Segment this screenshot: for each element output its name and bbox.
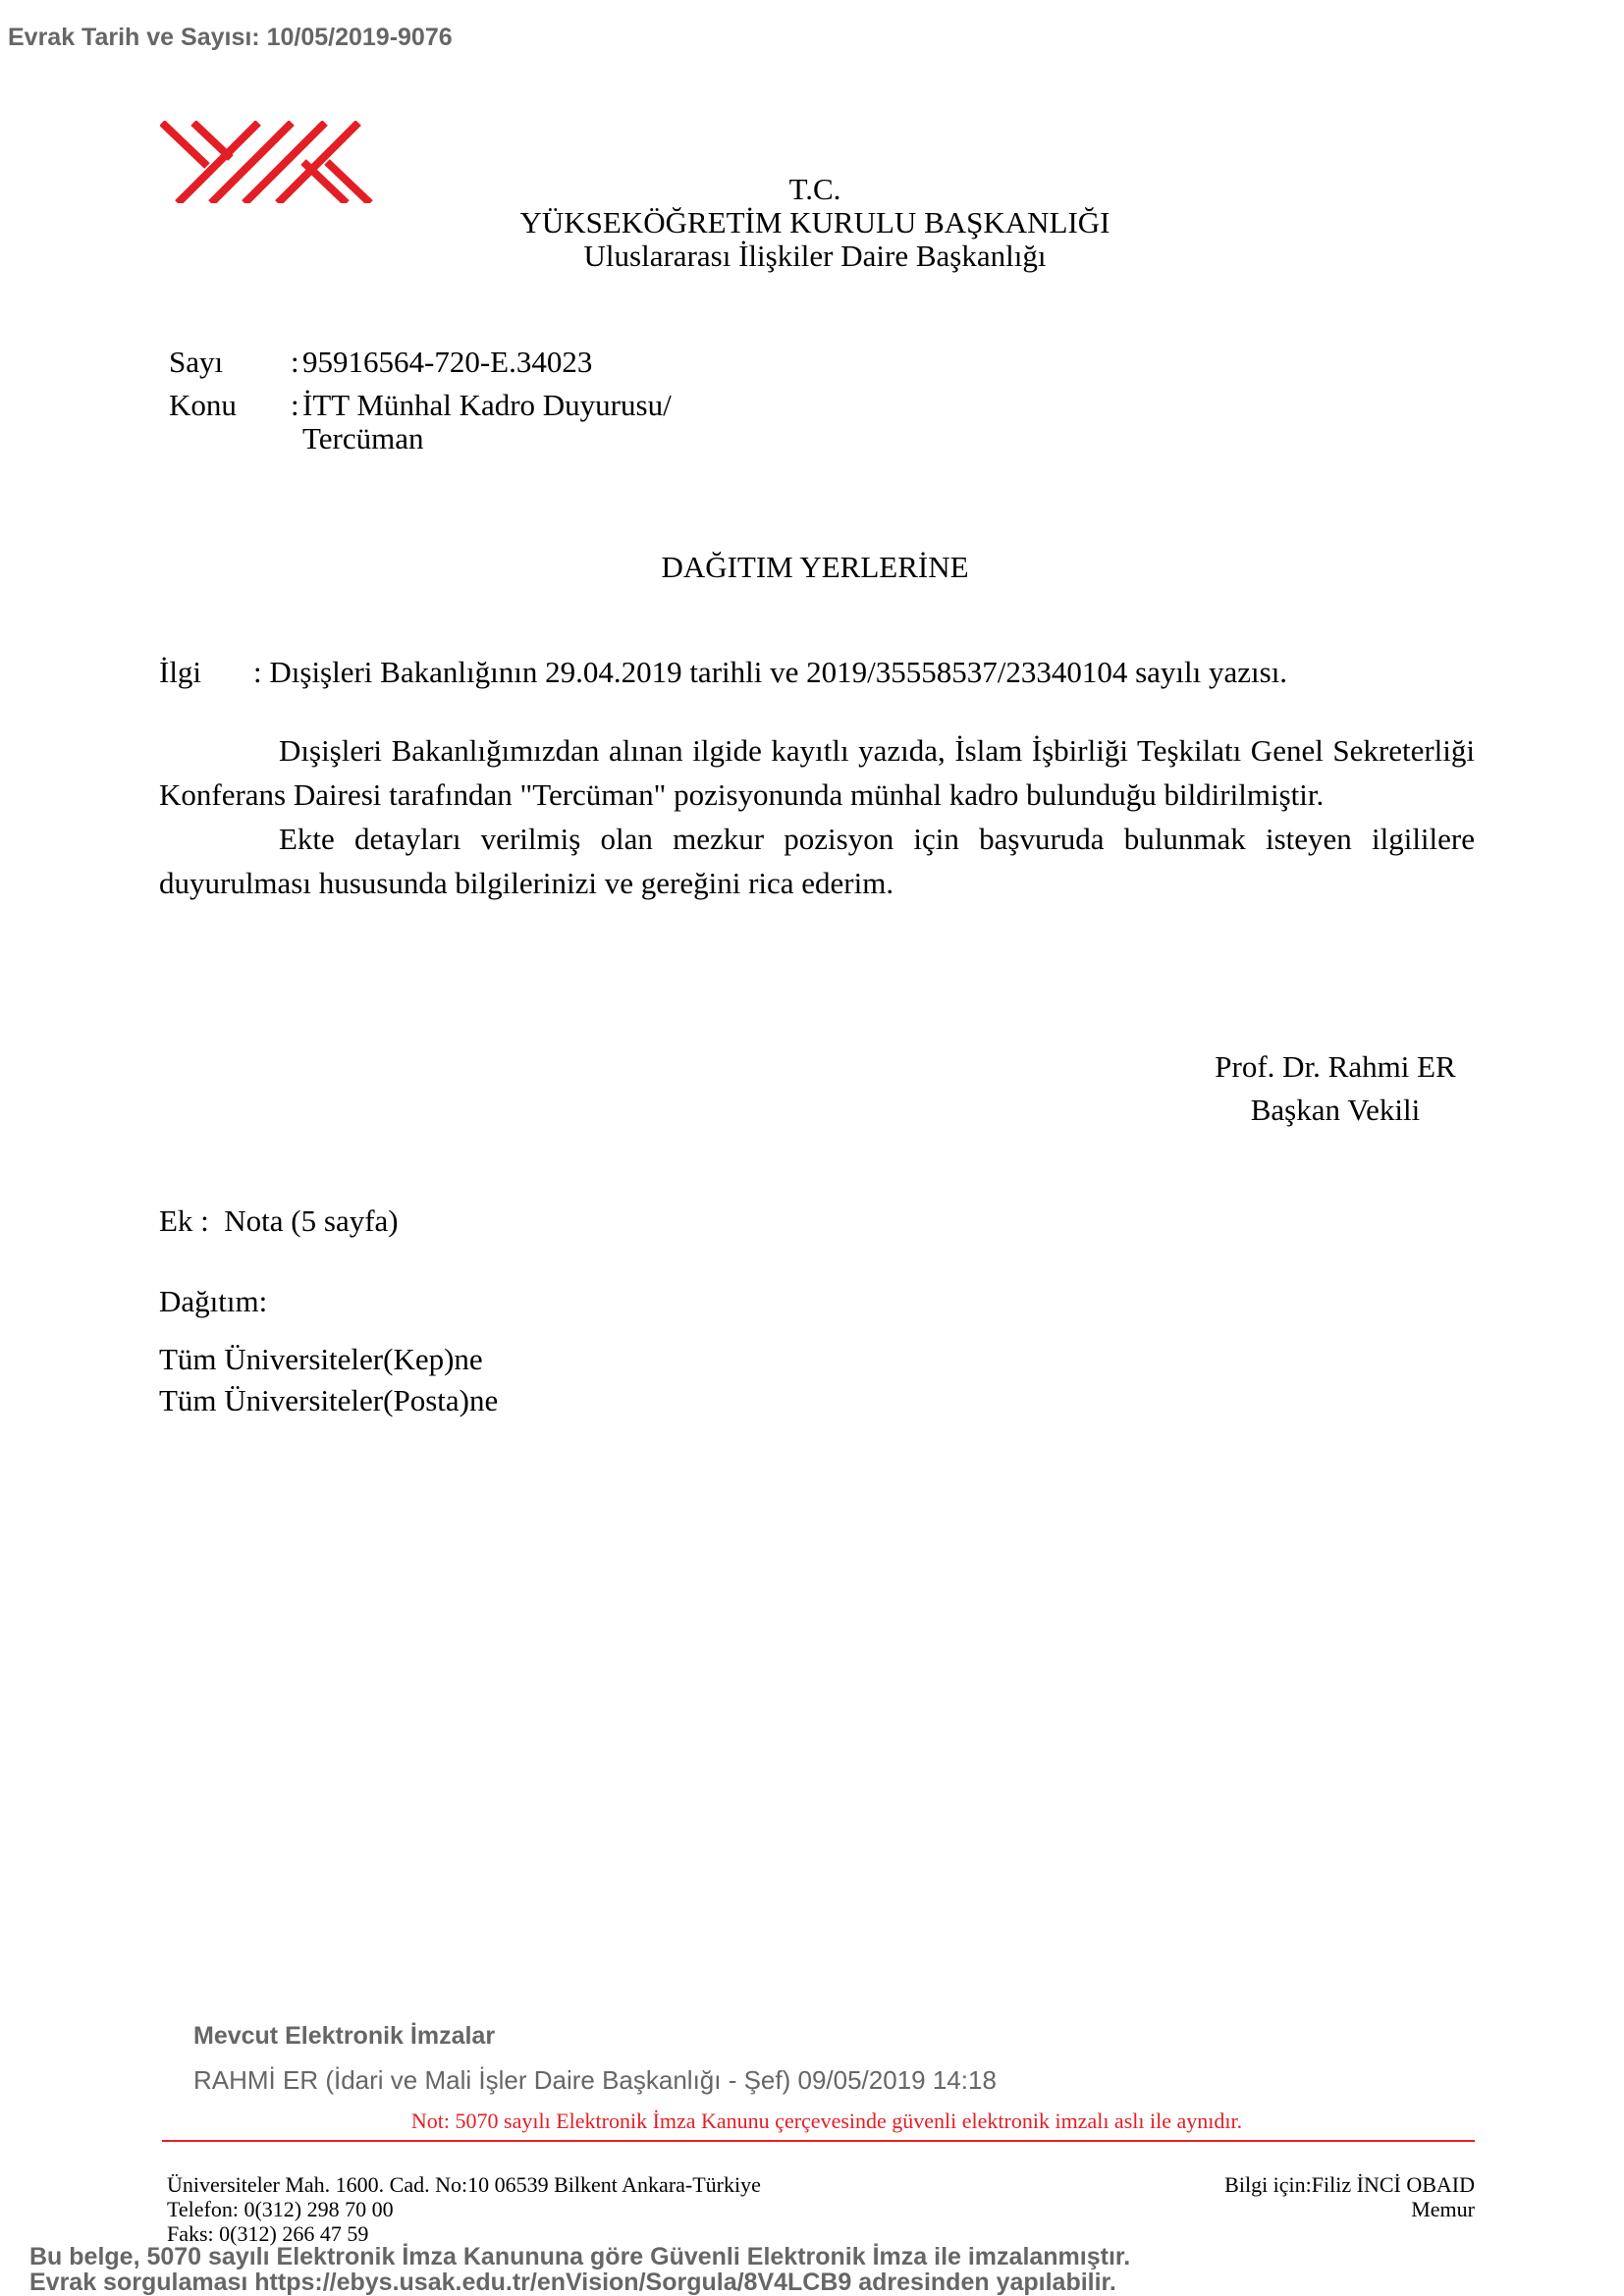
ilgi-text: Dışişleri Bakanlığının 29.04.2019 tarihl… xyxy=(269,655,1287,689)
signer-name: Prof. Dr. Rahmi ER xyxy=(1159,1045,1512,1089)
banner-line-1: Bu belge, 5070 sayılı Elektronik İmza Ka… xyxy=(29,2244,1130,2269)
body-paragraph: Dışişleri Bakanlığımızdan alınan ilgide … xyxy=(159,728,1475,817)
recipient-heading: DAĞITIM YERLERİNE xyxy=(0,550,1624,585)
signature-entry: RAHMİ ER (İdari ve Mali İşler Daire Başk… xyxy=(193,2065,997,2096)
distribution-item: Tüm Üniversiteler(Posta)ne xyxy=(159,1380,498,1421)
footer-phone: Telefon: 0(312) 298 70 00 xyxy=(167,2197,761,2221)
konu-row: Konu:İTT Münhal Kadro Duyurusu/ xyxy=(169,389,672,422)
footer-contact-role: Memur xyxy=(1080,2197,1475,2221)
signer-title: Başkan Vekili xyxy=(1159,1089,1512,1132)
distribution-label: Dağıtım: xyxy=(159,1284,267,1319)
distribution-item: Tüm Üniversiteler(Kep)ne xyxy=(159,1339,498,1380)
letter-body: Dışişleri Bakanlığımızdan alınan ilgide … xyxy=(159,728,1475,905)
department-name: Uluslararası İlişkiler Daire Başkanlığı xyxy=(0,240,1624,273)
footer-contact: Bilgi için:Filiz İNCİ OBAID xyxy=(1080,2172,1475,2197)
attachment-line: Ek : Nota (5 sayfa) xyxy=(159,1203,399,1239)
konu-label: Konu xyxy=(169,389,291,422)
footer-address-block: Üniversiteler Mah. 1600. Cad. No:10 0653… xyxy=(167,2172,761,2246)
institution-name: YÜKSEKÖĞRETİM KURULU BAŞKANLIĞI xyxy=(0,206,1624,240)
footer-contact-block: Bilgi için:Filiz İNCİ OBAID Memur xyxy=(1080,2172,1475,2221)
konu-value: İTT Münhal Kadro Duyurusu/ xyxy=(302,388,672,422)
legal-note: Not: 5070 sayılı Elektronik İmza Kanunu … xyxy=(0,2109,1624,2134)
ilgi-label: İlgi xyxy=(159,656,253,689)
sayi-row: Sayı:95916564-720-E.34023 xyxy=(169,346,592,379)
konu-separator: : xyxy=(291,389,302,422)
banner-line-2: Evrak sorgulaması https://ebys.usak.edu.… xyxy=(29,2269,1130,2295)
body-paragraph: Ekte detayları verilmiş olan mezkur pozi… xyxy=(159,817,1475,905)
signer-block: Prof. Dr. Rahmi ER Başkan Vekili xyxy=(1159,1045,1512,1132)
konu-value-continued: Tercüman xyxy=(302,422,424,455)
footer-address: Üniversiteler Mah. 1600. Cad. No:10 0653… xyxy=(167,2172,761,2197)
ilgi-row: İlgi: Dışişleri Bakanlığının 29.04.2019 … xyxy=(159,656,1287,689)
sayi-separator: : xyxy=(291,346,302,379)
esignature-banner: Bu belge, 5070 sayılı Elektronik İmza Ka… xyxy=(29,2244,1130,2295)
sayi-value: 95916564-720-E.34023 xyxy=(302,345,592,379)
sayi-label: Sayı xyxy=(169,346,291,379)
distribution-list: Tüm Üniversiteler(Kep)ne Tüm Üniversitel… xyxy=(159,1339,498,1421)
document-date-number: Evrak Tarih ve Sayısı: 10/05/2019-9076 xyxy=(8,24,453,52)
signatures-title: Mevcut Elektronik İmzalar xyxy=(193,2022,495,2051)
red-divider xyxy=(162,2140,1475,2142)
ilgi-separator: : xyxy=(253,655,262,689)
header-tc: T.C. xyxy=(0,173,1624,206)
